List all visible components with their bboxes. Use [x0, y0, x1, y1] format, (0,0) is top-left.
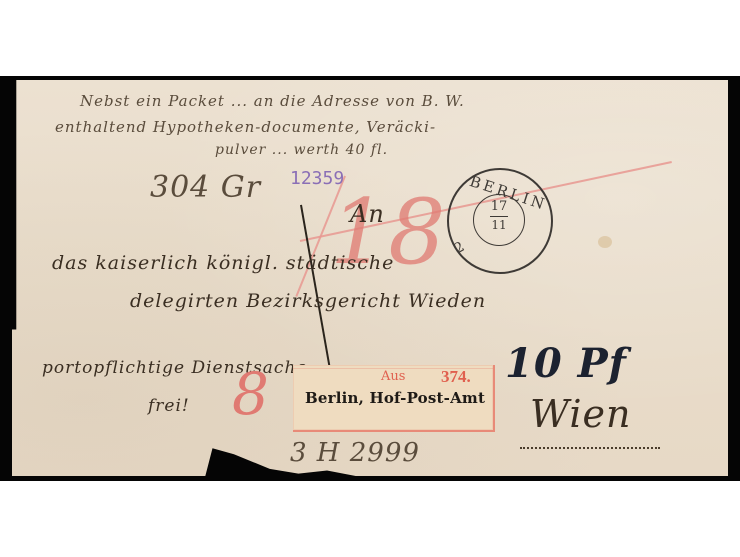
- address-salutation: An: [350, 200, 385, 228]
- postage-mark: 10 Pf: [505, 340, 627, 387]
- address-city: Wien: [530, 392, 632, 436]
- label-number: 374.: [441, 367, 471, 387]
- postmark-date-circle: 17 11: [473, 194, 525, 246]
- registration-number: 304 Gr: [150, 170, 261, 205]
- postmark-month: 11: [474, 219, 524, 232]
- header-line-1: Nebst ein Packet ... an die Adresse von …: [80, 92, 465, 110]
- postmark-divider: [490, 216, 508, 217]
- registration-label: Aus 374. Berlin, Hof-Post-Amt: [293, 365, 495, 432]
- berlin-postmark: BERLIN 17 11 2: [447, 168, 553, 274]
- label-office: Berlin, Hof-Post-Amt: [305, 389, 485, 407]
- header-line-3: pulver ... werth 40 fl.: [215, 142, 388, 158]
- paper-stain: [598, 236, 612, 248]
- bottom-reference-number: 3 H 2999: [290, 438, 420, 468]
- header-line-2: enthaltend Hypotheken-documente, Veräcki…: [55, 118, 436, 136]
- address-line-2: delegirten Bezirksgericht Wieden: [130, 290, 486, 312]
- free-note: frei!: [148, 396, 190, 416]
- label-prefix: Aus: [381, 369, 405, 384]
- address-line-1: das kaiserlich königl. städtische: [52, 252, 394, 274]
- red-numeral-8: 8: [232, 360, 270, 428]
- city-underline: [520, 443, 660, 449]
- postmark-day: 17: [474, 200, 524, 214]
